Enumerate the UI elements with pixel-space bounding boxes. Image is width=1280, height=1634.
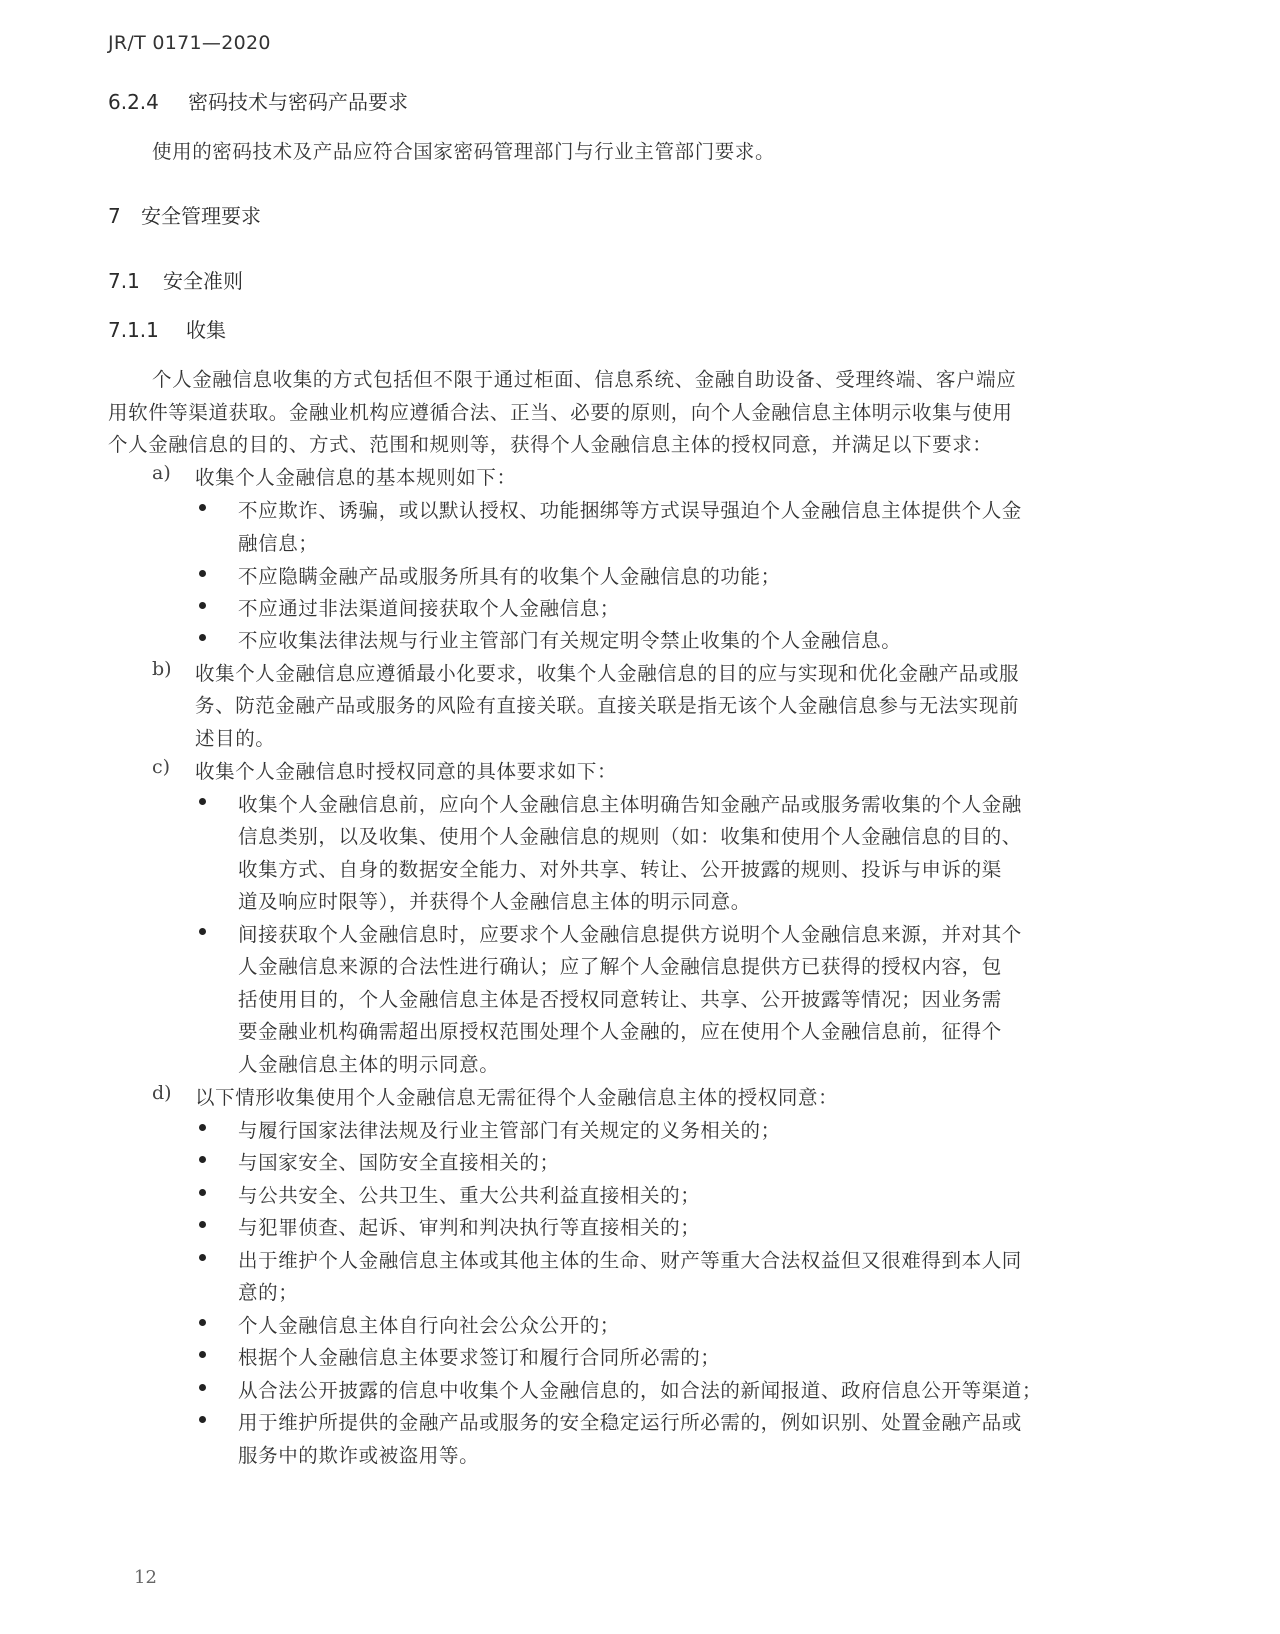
bullet-icon — [199, 602, 206, 609]
list-item-line: 收集个人金融信息应遵循最小化要求，收集个人金融信息的目的应与实现和优化金融产品或… — [195, 658, 1019, 686]
bullet-icon — [199, 504, 206, 511]
list-item-line: 述目的。 — [195, 723, 275, 751]
list-item-line: 收集个人金融信息时授权同意的具体要求如下： — [195, 756, 617, 784]
bullet-icon — [199, 798, 206, 805]
list-marker-b: b) — [152, 658, 172, 680]
bullet-icon — [199, 1319, 206, 1326]
bullet-line: 与犯罪侦查、起诉、审判和判决执行等直接相关的； — [238, 1212, 700, 1240]
list-marker-a: a) — [152, 462, 171, 484]
list-item-line: 收集个人金融信息的基本规则如下： — [195, 462, 517, 490]
bullet-icon — [199, 1416, 206, 1423]
list-item-line: 务、防范金融产品或服务的风险有直接关联。直接关联是指无该个人金融信息参与无法实现… — [195, 690, 1019, 718]
bullet-line: 与国家安全、国防安全直接相关的； — [238, 1147, 560, 1175]
bullet-icon — [199, 1124, 206, 1131]
bullet-icon — [199, 1156, 206, 1163]
bullet-line: 融信息； — [238, 528, 318, 556]
bullet-icon — [199, 634, 206, 641]
section-number: 7.1.1 — [108, 318, 186, 342]
paragraph-line: 个人金融信息收集的方式包括但不限于通过柜面、信息系统、金融自助设备、受理终端、客… — [152, 364, 1016, 392]
bullet-line: 出于维护个人金融信息主体或其他主体的生命、财产等重大合法权益但又很难得到本人同 — [238, 1245, 1022, 1273]
list-marker-d: d) — [152, 1082, 172, 1104]
section-number: 6.2.4 — [108, 90, 188, 114]
bullet-icon — [199, 1254, 206, 1261]
paragraph-line: 使用的密码技术及产品应符合国家密码管理部门与行业主管部门要求。 — [152, 136, 775, 164]
bullet-icon — [199, 1384, 206, 1391]
bullet-icon — [199, 1351, 206, 1358]
bullet-line: 服务中的欺诈或被盗用等。 — [238, 1440, 479, 1468]
section-title: 收集 — [186, 314, 226, 343]
bullet-line: 不应隐瞒金融产品或服务所具有的收集个人金融信息的功能； — [238, 561, 781, 589]
bullet-line: 用于维护所提供的金融产品或服务的安全稳定运行所必需的，例如识别、处置金融产品或 — [238, 1407, 1022, 1435]
list-item-line: 以下情形收集使用个人金融信息无需征得个人金融信息主体的授权同意： — [195, 1082, 838, 1110]
bullet-line: 道及响应时限等），并获得个人金融信息主体的明示同意。 — [238, 886, 751, 914]
bullet-line: 不应收集法律法规与行业主管部门有关规定明令禁止收集的个人金融信息。 — [238, 625, 901, 653]
section-title: 密码技术与密码产品要求 — [188, 86, 408, 115]
page-number: 12 — [134, 1567, 157, 1588]
bullet-icon — [199, 1221, 206, 1228]
section-heading-7: 7安全管理要求 — [108, 200, 261, 229]
section-heading-7-1: 7.1安全准则 — [108, 265, 243, 294]
bullet-icon — [199, 928, 206, 935]
bullet-line: 人金融信息主体的明示同意。 — [238, 1049, 499, 1077]
bullet-line: 要金融业机构确需超出原授权范围处理个人金融的，应在使用个人金融信息前，征得个 — [238, 1016, 1002, 1044]
bullet-line: 括使用目的，个人金融信息主体是否授权同意转让、共享、公开披露等情况；因业务需 — [238, 984, 1002, 1012]
bullet-line: 与履行国家法律法规及行业主管部门有关规定的义务相关的； — [238, 1115, 781, 1143]
bullet-line: 间接获取个人金融信息时，应要求个人金融信息提供方说明个人金融信息来源，并对其个 — [238, 919, 1022, 947]
bullet-line: 信息类别，以及收集、使用个人金融信息的规则（如：收集和使用个人金融信息的目的、 — [238, 821, 1022, 849]
standard-code: JR/T 0171—2020 — [108, 32, 271, 54]
bullet-line: 与公共安全、公共卫生、重大公共利益直接相关的； — [238, 1180, 700, 1208]
document-page: JR/T 0171—2020 6.2.4密码技术与密码产品要求 使用的密码技术及… — [0, 0, 1280, 1634]
bullet-line: 收集个人金融信息前，应向个人金融信息主体明确告知金融产品或服务需收集的个人金融 — [238, 789, 1022, 817]
bullet-line: 根据个人金融信息主体要求签订和履行合同所必需的； — [238, 1342, 720, 1370]
paragraph-line: 用软件等渠道获取。金融业机构应遵循合法、正当、必要的原则，向个人金融信息主体明示… — [108, 397, 1013, 425]
section-number: 7 — [108, 204, 141, 228]
section-title: 安全管理要求 — [141, 200, 261, 229]
section-heading-6-2-4: 6.2.4密码技术与密码产品要求 — [108, 86, 408, 115]
bullet-line: 收集方式、自身的数据安全能力、对外共享、转让、公开披露的规则、投诉与申诉的渠 — [238, 854, 1002, 882]
bullet-line: 人金融信息来源的合法性进行确认；应了解个人金融信息提供方已获得的授权内容，包 — [238, 951, 1002, 979]
bullet-line: 意的； — [238, 1277, 298, 1305]
bullet-line: 个人金融信息主体自行向社会公众公开的； — [238, 1310, 620, 1338]
bullet-line: 不应欺诈、诱骗，或以默认授权、功能捆绑等方式误导强迫个人金融信息主体提供个人金 — [238, 495, 1022, 523]
section-title: 安全准则 — [163, 265, 243, 294]
paragraph-line: 个人金融信息的目的、方式、范围和规则等，获得个人金融信息主体的授权同意，并满足以… — [108, 429, 992, 457]
section-number: 7.1 — [108, 269, 163, 293]
bullet-icon — [199, 1189, 206, 1196]
section-heading-7-1-1: 7.1.1收集 — [108, 314, 226, 343]
list-marker-c: c) — [152, 756, 170, 778]
bullet-icon — [199, 570, 206, 577]
bullet-line: 不应通过非法渠道间接获取个人金融信息； — [238, 593, 620, 621]
bullet-line: 从合法公开披露的信息中收集个人金融信息的，如合法的新闻报道、政府信息公开等渠道； — [238, 1375, 1042, 1403]
